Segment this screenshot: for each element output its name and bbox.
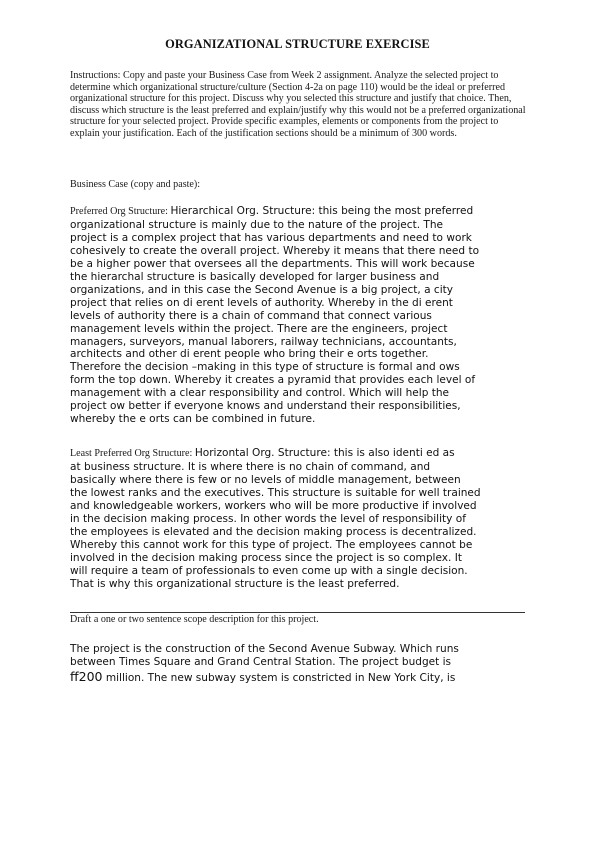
instructions-paragraph: Instructions: Copy and paste your Busine… [70,70,530,140]
scope-prompt-label: Draft a one or two sentence scope descri… [70,614,530,626]
document-page: ORGANIZATIONAL STRUCTURE EXERCISE Instru… [0,0,595,842]
least-preferred-structure-paragraph: Least Preferred Org Structure: Horizonta… [70,447,530,590]
scope-description-paragraph: The project is the construction of the S… [70,643,530,685]
least-preferred-structure-label: Least Preferred Org Structure: [70,448,195,459]
preferred-structure-label: Preferred Org Structure: [70,206,170,217]
document-title: ORGANIZATIONAL STRUCTURE EXERCISE [0,37,595,52]
scope-budget-amount: ff200 [70,669,102,684]
section-divider [70,612,525,613]
scope-line-3: million. The new subway system is constr… [102,672,455,684]
preferred-structure-text: Hierarchical Org. Structure: this being … [70,205,479,425]
business-case-label: Business Case (copy and paste): [70,179,530,191]
scope-line-1: The project is the construction of the S… [70,643,459,655]
least-preferred-structure-text: Horizontal Org. Structure: this is also … [70,447,481,590]
preferred-structure-paragraph: Preferred Org Structure: Hierarchical Or… [70,205,530,426]
scope-line-2: between Times Square and Grand Central S… [70,656,451,668]
